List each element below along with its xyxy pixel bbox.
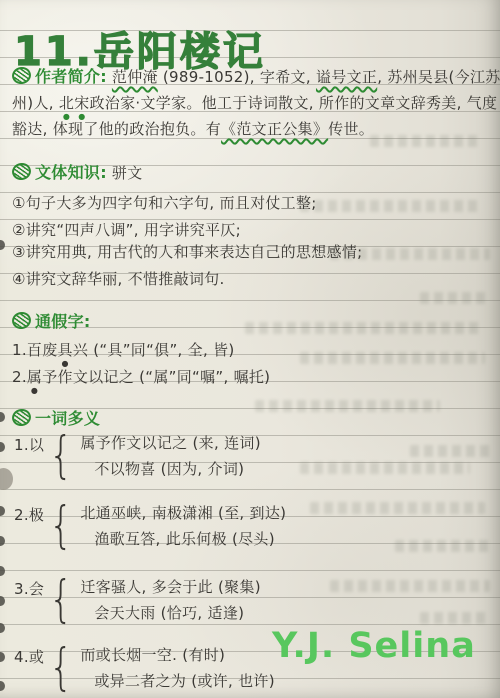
author-intro-line-1: 作者简介:范仲淹 (989-1052), 字希文, 谥号文正, 苏州吴县(今江苏…: [12, 66, 494, 88]
usage-example: 或异二者之为 (或许, 也许): [80, 668, 275, 694]
dynasty-emphasis: 北宋: [59, 94, 90, 112]
author-text: 州)人,: [12, 94, 59, 112]
book-title: 《范文正公集》: [221, 120, 328, 138]
usage-example: 迁客骚人, 多会于此 (聚集): [80, 574, 261, 600]
scribble-circle-icon: [11, 407, 33, 427]
item-text: 1.百废: [12, 341, 58, 359]
usage-pair: 迁客骚人, 多会于此 (聚集) 会天大雨 (恰巧, 适逢): [80, 574, 261, 626]
binding-mark: [0, 442, 5, 452]
author-honorific: 谥号文正: [316, 68, 377, 86]
ghost-text: [310, 502, 485, 514]
ghost-text: [410, 445, 490, 457]
brace-icon: [49, 642, 73, 692]
genre-item-2: ②讲究“四声八调”, 用字讲究平仄;: [12, 219, 494, 241]
item-text: 2.: [12, 368, 27, 386]
binding-mark: [0, 412, 5, 422]
emphasized-char: 属: [27, 368, 42, 386]
notebook-page: 11.岳阳楼记 作者简介:范仲淹 (989-1052), 字希文, 谥号文正, …: [0, 0, 500, 698]
brace-icon: [49, 500, 73, 550]
author-text: , 苏州吴县(今江苏苏: [377, 68, 500, 86]
usage-example: 北通巫峡, 南极潇湘 (至, 到达): [80, 500, 286, 526]
usage-pair: 属予作文以记之 (来, 连词) 不以物喜 (因为, 介词): [80, 430, 261, 482]
tongjiazi-item-2: 2.属予作文以记之 (“属”同“嘱”, 嘱托): [12, 366, 494, 395]
group-word: 1.以: [14, 430, 44, 455]
author-name: 范仲淹: [112, 68, 158, 86]
brace-icon: [49, 574, 73, 624]
polysemy-group-4: 4.或 而或长烟一空. (有时) 或异二者之为 (或许, 也许): [14, 642, 275, 694]
watermark-signature: Y.J. Selina: [272, 626, 476, 666]
ghost-text: [395, 540, 490, 552]
genre-section-header: 文体知识:骈文: [12, 162, 494, 184]
ghost-text: [330, 580, 490, 592]
usage-example: 不以物喜 (因为, 介词): [80, 456, 261, 482]
usage-pair: 而或长烟一空. (有时) 或异二者之为 (或许, 也许): [80, 642, 275, 694]
binding-mark: [0, 681, 5, 691]
ghost-text: [300, 462, 470, 474]
usage-example: 渔歌互答, 此乐何极 (尽头): [80, 526, 286, 552]
binding-mark: [0, 566, 5, 576]
group-word: 3.会: [14, 574, 44, 599]
ghost-text: [420, 292, 490, 304]
author-text: 豁达, 体现了他的政治抱负。有: [12, 120, 221, 138]
genre-item-1: ①句子大多为四字句和六字句, 而且对仗工整;: [12, 192, 494, 214]
scribble-circle-icon: [11, 161, 33, 181]
usage-example: 会天大雨 (恰巧, 适逢): [80, 600, 261, 626]
section-label-genre: 文体知识:: [35, 163, 107, 182]
group-word: 2.极: [14, 500, 44, 525]
binding-mark: [0, 468, 13, 490]
author-intro-line-2: 州)人, 北宋政治家·文学家。他工于诗词散文, 所作的文章文辞秀美, 气度: [12, 92, 494, 121]
item-text: 予作文以记之 (“属”同“嘱”, 嘱托): [42, 368, 270, 386]
polysemy-group-1: 1.以 属予作文以记之 (来, 连词) 不以物喜 (因为, 介词): [14, 430, 261, 482]
tongjiazi-item-1: 1.百废具兴 (“具”同“俱”, 全, 皆): [12, 339, 494, 368]
genre-item-3: ③讲究用典, 用古代的人和事来表达自己的思想感情;: [12, 241, 494, 263]
polysemy-section-header: 一词多义: [12, 408, 494, 430]
genre-term: 骈文: [112, 164, 143, 182]
usage-example: 属予作文以记之 (来, 连词): [80, 430, 261, 456]
binding-mark: [0, 240, 5, 250]
scribble-circle-icon: [11, 310, 33, 330]
author-text: 传世。: [328, 120, 374, 138]
binding-mark: [0, 536, 5, 546]
usage-pair: 北通巫峡, 南极潇湘 (至, 到达) 渔歌互答, 此乐何极 (尽头): [80, 500, 286, 552]
binding-mark: [0, 652, 5, 662]
ghost-text: [420, 612, 490, 624]
tongjiazi-section-header: 通假字:: [12, 311, 494, 333]
genre-item-4: ④讲究文辞华丽, 不惜推敲词句.: [12, 268, 494, 290]
binding-mark: [0, 596, 5, 606]
author-text: 政治家·文学家。他工于诗词散文, 所作的文章文辞秀美, 气度: [90, 94, 498, 112]
brace-icon: [49, 430, 73, 480]
section-label-author: 作者简介:: [35, 67, 107, 86]
group-word: 4.或: [14, 642, 44, 667]
author-text: (989-1052), 字希文,: [158, 68, 316, 86]
binding-mark: [0, 506, 5, 516]
author-intro-line-3: 豁达, 体现了他的政治抱负。有《范文正公集》传世。: [12, 118, 494, 140]
item-text: 兴 (“具”同“俱”, 全, 皆): [73, 341, 235, 359]
binding-mark: [0, 623, 5, 633]
polysemy-group-3: 3.会 迁客骚人, 多会于此 (聚集) 会天大雨 (恰巧, 适逢): [14, 574, 261, 626]
emphasized-char: 具: [58, 341, 73, 359]
polysemy-group-2: 2.极 北通巫峡, 南极潇湘 (至, 到达) 渔歌互答, 此乐何极 (尽头): [14, 500, 286, 552]
usage-example: 而或长烟一空. (有时): [80, 642, 275, 668]
section-label-tongjiazi: 通假字:: [35, 312, 91, 331]
scribble-circle-icon: [11, 65, 33, 85]
